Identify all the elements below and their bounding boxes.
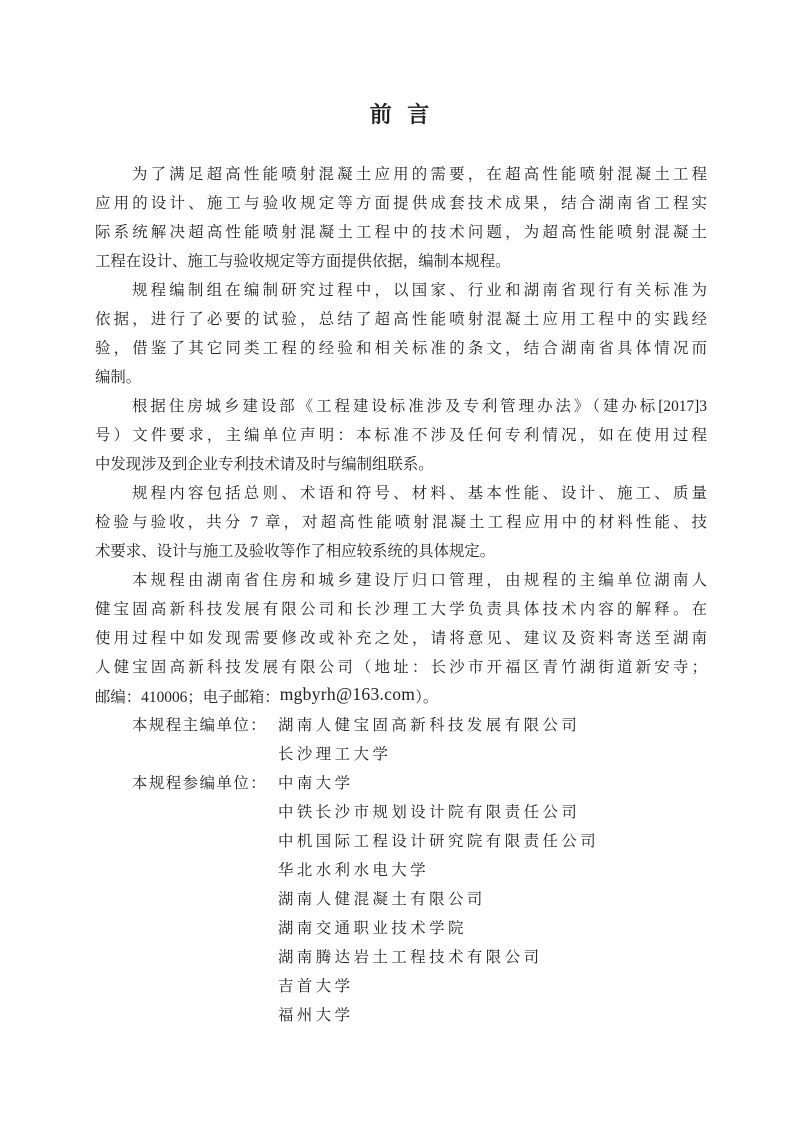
paragraph-4-line: 规程内容包括总则、术语和符号、材料、基本性能、设计、施工、质量	[95, 479, 707, 508]
participant-unit: 中机国际工程设计研究院有限责任公司	[278, 833, 599, 850]
participant-unit: 华北水利水电大学	[278, 862, 429, 879]
paragraph-1-line: 工程在设计、施工与验收规定等方面提供依据，编制本规程。	[95, 247, 707, 276]
participant-line: 华北水利水电大学	[95, 856, 707, 885]
paragraph-1-line: 际系统解决超高性能喷射混凝土工程中的技术问题，为超高性能喷射混凝土	[95, 218, 707, 247]
participant-line: 中铁长沙市规划设计院有限责任公司	[95, 798, 707, 827]
chief-editor-label: 本规程主编单位：	[132, 711, 278, 740]
paragraph-3-line: 中发现涉及到企业专利技术请及时与编制组联系。	[95, 450, 707, 479]
participant-unit: 吉首大学	[278, 978, 354, 995]
paragraph-3-line: 根据住房城乡建设部《工程建设标准涉及专利管理办法》（建办标[2017]3	[95, 392, 707, 421]
paragraph-2-line: 编制。	[95, 363, 707, 392]
paragraph-3-line: 号）文件要求，主编单位声明：本标准不涉及任何专利情况，如在使用过程	[95, 421, 707, 450]
paragraph-2-line: 规程编制组在编制研究过程中，以国家、行业和湖南省现行有关标准为	[95, 276, 707, 305]
participant-unit: 湖南腾达岩土工程技术有限公司	[278, 949, 542, 966]
participant-unit: 中铁长沙市规划设计院有限责任公司	[278, 804, 580, 821]
document-page: 前 言 为了满足超高性能喷射混凝土应用的需要，在超高性能喷射混凝土工程 应用的设…	[0, 0, 800, 1132]
contact-line: 邮编：410006；电子邮箱：mgbyrh@163.com）。	[95, 682, 707, 711]
paragraph-4-line: 检验与验收，共分 7 章，对超高性能喷射混凝土工程应用中的材料性能、技	[95, 508, 707, 537]
paragraph-5-line: 健宝固高新科技发展有限公司和长沙理工大学负责具体技术内容的解释。在	[95, 595, 707, 624]
page-title: 前 言	[0, 95, 800, 135]
paragraph-5-line: 使用过程中如发现需要修改或补充之处，请将意见、建议及资料寄送至湖南	[95, 624, 707, 653]
chief-editor-line: 长沙理工大学	[95, 740, 707, 769]
paragraph-1-line: 应用的设计、施工与验收规定等方面提供成套技术成果，结合湖南省工程实	[95, 189, 707, 218]
participant-line: 吉首大学	[95, 972, 707, 1001]
participant-line: 本规程参编单位：中南大学	[95, 769, 707, 798]
participant-line: 中机国际工程设计研究院有限责任公司	[95, 827, 707, 856]
participant-line: 湖南腾达岩土工程技术有限公司	[95, 943, 707, 972]
participant-unit: 中南大学	[278, 775, 354, 792]
participants-label: 本规程参编单位：	[132, 769, 278, 798]
chief-editor-unit: 长沙理工大学	[278, 746, 391, 763]
participant-line: 湖南交通职业技术学院	[95, 914, 707, 943]
paragraph-4-line: 术要求、设计与施工及验收等作了相应较系统的具体规定。	[95, 537, 707, 566]
participant-line: 福州大学	[95, 1001, 707, 1030]
chief-editor-unit: 湖南人健宝固高新科技发展有限公司	[278, 717, 580, 734]
participant-unit: 福州大学	[278, 1007, 354, 1024]
participant-unit: 湖南交通职业技术学院	[278, 920, 467, 937]
contact-prefix: 邮编：410006；电子邮箱：	[95, 689, 280, 706]
email-text: mgbyrh@163.com	[280, 684, 416, 704]
paragraph-2-line: 依据，进行了必要的试验，总结了超高性能喷射混凝土应用工程中的实践经	[95, 305, 707, 334]
paragraph-2-line: 验，借鉴了其它同类工程的经验和相关标准的条文，结合湖南省具体情况而	[95, 334, 707, 363]
paragraph-5-line: 人健宝固高新科技发展有限公司（地址：长沙市开福区青竹湖街道新安寺；	[95, 653, 707, 682]
paragraph-5-line: 本规程由湖南省住房和城乡建设厅归口管理，由规程的主编单位湖南人	[95, 566, 707, 595]
participant-line: 湖南人健混凝土有限公司	[95, 885, 707, 914]
contact-suffix: ）。	[415, 689, 438, 706]
paragraph-1-line: 为了满足超高性能喷射混凝土应用的需要，在超高性能喷射混凝土工程	[95, 160, 707, 189]
participant-unit: 湖南人健混凝土有限公司	[278, 891, 486, 908]
chief-editor-line: 本规程主编单位：湖南人健宝固高新科技发展有限公司	[95, 711, 707, 740]
document-body: 为了满足超高性能喷射混凝土应用的需要，在超高性能喷射混凝土工程 应用的设计、施工…	[95, 160, 707, 1030]
